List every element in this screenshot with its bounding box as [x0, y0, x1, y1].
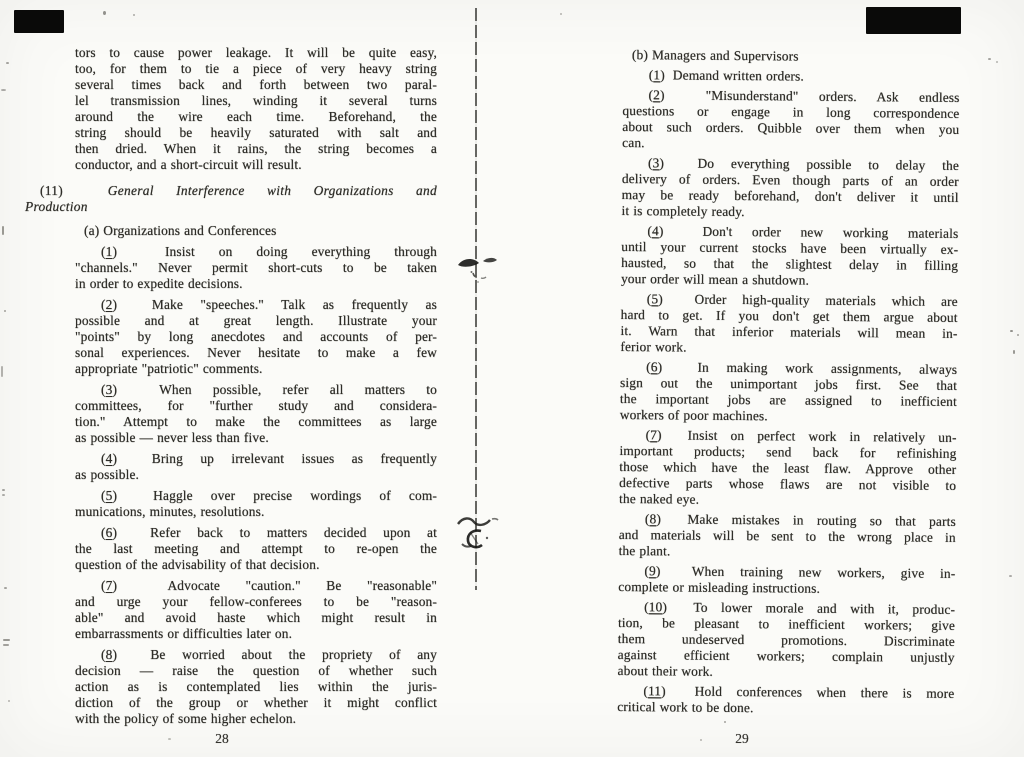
text-line: workers of poor machines. — [620, 407, 957, 426]
scan-artifact — [4, 587, 7, 589]
ink-smudge-lower — [456, 514, 500, 554]
text-line: about their work. — [617, 663, 954, 682]
scan-artifact — [988, 58, 991, 60]
scan-artifact — [3, 639, 10, 641]
text-line: conductor, and a short-circuit will resu… — [75, 157, 437, 173]
ink-smudge-upper — [455, 252, 499, 286]
text-line: question of the advisability of that dec… — [75, 557, 437, 573]
text-line: critical work to be done. — [617, 699, 954, 718]
text-line: action as is contemplated lies within th… — [75, 679, 437, 695]
scan-artifact — [103, 11, 106, 15]
item-number: (2) — [649, 87, 665, 102]
text-line: as possible. — [75, 467, 437, 483]
text-line: (5) Haggle over precise wordings of com- — [75, 488, 437, 504]
item-number: (3) — [648, 155, 664, 170]
list-item-6: (6) In making work assignments, alwayssi… — [620, 359, 958, 426]
text-line: the last meeting and attempt to re-open … — [75, 541, 437, 557]
scan-artifact — [1017, 334, 1019, 336]
text-line: (2) Make "speeches." Talk as frequently … — [75, 297, 437, 313]
list-item-5: (5) Order high-quality materials which a… — [620, 291, 958, 358]
scan-artifact — [4, 310, 6, 312]
scanned-book-spread: tors to cause power leakage. It will be … — [0, 0, 1024, 757]
heading-number: (11) — [40, 183, 63, 198]
text-line: tors to cause power leakage. It will be … — [75, 45, 437, 61]
redaction-bar-right — [866, 7, 961, 34]
list-item-3: (3) When possible, refer all matters toc… — [75, 382, 437, 446]
text-line: "channels." Never permit short-cuts to b… — [75, 260, 437, 276]
text-line: about such orders. Quibble over them whe… — [622, 119, 959, 138]
body: tors to cause power leakage. It will be … — [75, 45, 437, 173]
text-line: string should be heavily saturated with … — [75, 125, 437, 141]
list-item-9: (9) When training new workers, give in-c… — [618, 563, 955, 598]
text-line: as possible — never less than five. — [75, 430, 437, 446]
text-line: (b) Managers and Supervisors — [623, 47, 960, 66]
scan-artifact — [8, 700, 10, 702]
text-line: complete or misleading instructions. — [618, 579, 955, 598]
list-item-6: (6) Refer back to matters decided upon a… — [75, 525, 437, 573]
text-line: committees, for "further study and consi… — [75, 398, 437, 414]
scan-artifact — [996, 61, 998, 63]
text-line: ferior work. — [620, 339, 957, 358]
left-page-text: tors to cause power leakage. It will be … — [75, 45, 437, 727]
item-number: (3) — [101, 382, 117, 397]
text-line: Production — [25, 199, 437, 215]
text-line: "points" by long anecdotes and accounts … — [75, 329, 437, 345]
scan-artifact — [6, 62, 9, 64]
text-line: too, for them to tie a piece of very hea… — [75, 61, 437, 77]
scan-artifact — [1013, 350, 1015, 354]
text-line: appropriate "patriotic" comments. — [75, 361, 437, 377]
text-line: the plant. — [619, 543, 956, 562]
scan-artifact — [2, 489, 5, 491]
text-line: (a) Organizations and Conferences — [75, 223, 437, 239]
scan-artifact — [2, 494, 5, 496]
item-number: (8) — [101, 647, 117, 662]
text-line: can. — [622, 135, 959, 154]
item-number: (8) — [645, 511, 661, 526]
item-number: (5) — [101, 488, 117, 503]
scan-artifact — [724, 721, 726, 723]
scan-artifact — [1009, 575, 1012, 577]
item-number: (9) — [644, 563, 660, 578]
item-number: (4) — [647, 223, 663, 238]
item-number: (6) — [646, 359, 662, 374]
scan-artifact — [700, 739, 702, 741]
text-line: tion." Attempt to make the committees as… — [75, 414, 437, 430]
list-item-8: (8) Make mistakes in routing so that par… — [619, 511, 956, 562]
scan-artifact — [2, 226, 4, 235]
text-line: then dried. When it rains, the string be… — [75, 141, 437, 157]
scan-artifact — [1, 89, 6, 91]
text-line: (8) Be worried about the propriety of an… — [75, 647, 437, 663]
text-line: munications, minutes, resolutions. — [75, 504, 437, 520]
text-line: lel transmission lines, winding it sever… — [75, 93, 437, 109]
text-line: (4) Bring up irrelevant issues as freque… — [75, 451, 437, 467]
scan-artifact — [168, 738, 171, 740]
text-line: with the policy of some higher echelon. — [75, 711, 437, 727]
text-line: (1) Insist on doing everything through — [75, 244, 437, 260]
text-line: decision — raise the question of whether… — [75, 663, 437, 679]
text-line: embarrassments or difficulties later on. — [75, 626, 437, 642]
text-line: in order to expedite decisions. — [75, 276, 437, 292]
item-number: (11) — [643, 683, 666, 698]
list-item-10: (10) To lower morale and with it, produc… — [617, 599, 955, 682]
list-item-1: (1) Insist on doing everything through"c… — [75, 244, 437, 292]
list-item-8: (8) Be worried about the propriety of an… — [75, 647, 437, 727]
item-number: (1) — [101, 244, 117, 259]
scan-artifact — [3, 644, 9, 646]
item-number: (7) — [101, 578, 117, 593]
item-number: (2) — [101, 297, 117, 312]
text-line: (7) Advocate "caution." Be "reasonable" — [75, 578, 437, 594]
subheading: (b) Managers and Supervisors — [623, 47, 960, 66]
text-line: (3) When possible, refer all matters to — [75, 382, 437, 398]
list-item-2: (2) "Misunderstand" orders. Ask endlessq… — [622, 87, 960, 154]
list-item-3: (3) Do everything possible to delay thed… — [621, 155, 959, 222]
scan-artifact — [1010, 330, 1013, 332]
list-item-4: (4) Bring up irrelevant issues as freque… — [75, 451, 437, 483]
list-item-11: (11) Hold conferences when there is more… — [617, 683, 954, 718]
text-line: your order will mean a shutdown. — [621, 271, 958, 290]
right-page-text: (b) Managers and Supervisors(1) Demand w… — [617, 47, 960, 718]
text-line: diction of the group or whether it might… — [75, 695, 437, 711]
scan-artifact — [133, 14, 135, 16]
text-line: and urge your fellow-conferees to be "re… — [75, 594, 437, 610]
heading: (11) General Interference with Organizat… — [75, 183, 437, 215]
item-number: (7) — [646, 427, 662, 442]
item-number: (4) — [101, 451, 117, 466]
text-line: able" and avoid haste which might result… — [75, 610, 437, 626]
list-item-1: (1) Demand written orders. — [623, 67, 960, 86]
list-item-7: (7) Advocate "caution." Be "reasonable"a… — [75, 578, 437, 642]
item-number: (1) — [649, 67, 665, 82]
list-item-5: (5) Haggle over precise wordings of com-… — [75, 488, 437, 520]
text-line: sonal experiences. Never hesitate to mak… — [75, 345, 437, 361]
list-item-2: (2) Make "speeches." Talk as frequently … — [75, 297, 437, 377]
redaction-bar-left — [14, 10, 64, 33]
scan-artifact — [1, 366, 3, 377]
text-line: (1) Demand written orders. — [623, 67, 960, 86]
page-number-right: 29 — [725, 731, 759, 747]
text-line: (6) Refer back to matters decided upon a… — [75, 525, 437, 541]
item-number: (5) — [647, 291, 663, 306]
page-fold-line — [475, 8, 477, 590]
text-line: the naked eye. — [619, 491, 956, 510]
subheading: (a) Organizations and Conferences — [75, 223, 437, 239]
item-number: (6) — [101, 525, 117, 540]
list-item-4: (4) Don't order new working materialsunt… — [621, 223, 959, 290]
page-number-left: 28 — [205, 731, 239, 747]
text-line: it is completely ready. — [621, 203, 958, 222]
item-number: (10) — [644, 599, 667, 614]
text-line: around the wire each time. Beforehand, t… — [75, 109, 437, 125]
text-line: possible and at great length. Illustrate… — [75, 313, 437, 329]
text-line: several times back and forth between two… — [75, 77, 437, 93]
list-item-7: (7) Insist on perfect work in relatively… — [619, 427, 957, 510]
text-line: (11) General Interference with Organizat… — [40, 183, 437, 199]
scan-artifact — [560, 13, 562, 15]
